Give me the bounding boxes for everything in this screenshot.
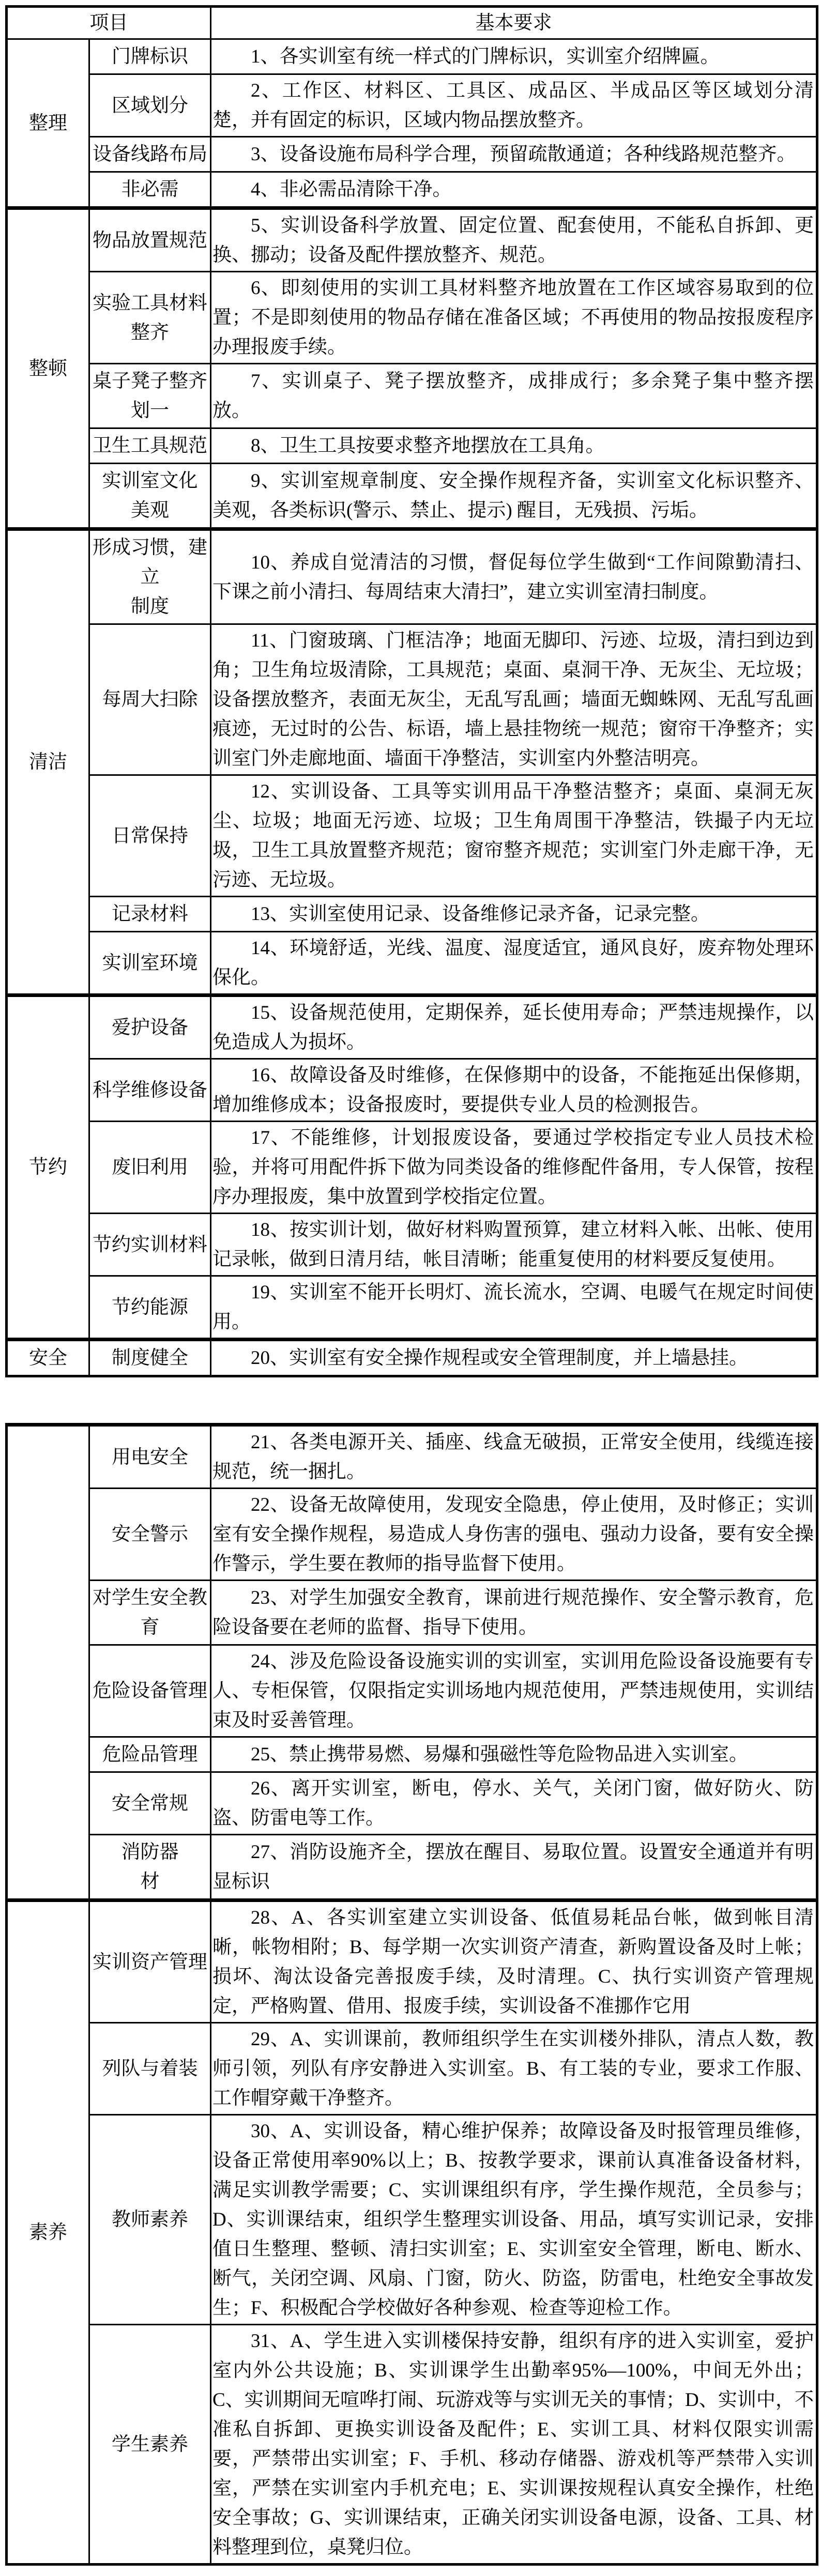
requirement-cell: 27、消防设施齐全，摆放在醒目、易取位置。设置安全通道并有明显标识 (211, 1835, 817, 1900)
requirement-cell: 25、禁止携带易燃、易爆和强磁性等危险物品进入实训室。 (211, 1737, 817, 1772)
table-row: 节约实训材料18、按实训计划，做好材料购置预算，建立材料入帐、出帐、使用记录帐，… (7, 1214, 817, 1276)
requirement-cell: 12、实训设备、工具等实训用品干净整洁整齐；桌面、桌洞无灰尘、垃圾；地面无污迹、… (211, 775, 817, 897)
table-row: 实训室环境14、环境舒适，光线、温度、湿度适宜，通风良好，废弃物处理环保化。 (7, 932, 817, 995)
table-row: 设备线路布局3、设备设施布局科学合理，预留疏散通道；各种线路规范整齐。 (7, 137, 817, 172)
sub-item-cell: 危险设备管理 (89, 1645, 211, 1737)
header-project: 项目 (7, 7, 211, 39)
table-row: 学生素养31、A、学生进入实训楼保持安静，组织有序的进入实训室，爱护室内外公共设… (7, 2325, 817, 2565)
sub-item-cell: 制度健全 (89, 1340, 211, 1376)
table-row: 区域划分2、工作区、材料区、工具区、成品区、半成品区等区域划分清楚，并有固定的标… (7, 74, 817, 137)
sub-item-cell: 区域划分 (89, 74, 211, 137)
requirement-cell: 4、非必需品清除干净。 (211, 172, 817, 208)
table-row: 废旧利用17、不能维修，计划报废设备，要通过学校指定专业人员技术检验，并将可用配… (7, 1122, 817, 1214)
sub-item-cell: 学生素养 (89, 2325, 211, 2565)
table-row: 卫生工具规范8、卫生工具按要求整齐地摆放在工具角。 (7, 428, 817, 464)
requirement-cell: 17、不能维修，计划报废设备，要通过学校指定专业人员技术检验，并将可用配件拆下做… (211, 1122, 817, 1214)
table-row: 危险设备管理24、涉及危险设备设施实训的实训室，实训用危险设备设施要有专人、专柜… (7, 1645, 817, 1737)
sub-item-cell: 日常保持 (89, 775, 211, 897)
requirements-table-1: 项目 基本要求 整理门牌标识1、各实训室有统一样式的门牌标识，实训室介绍牌匾。区… (5, 5, 818, 1377)
table-row: 科学维修设备16、故障设备及时维修，在保修期中的设备，不能拖延出保修期，增加维修… (7, 1059, 817, 1122)
requirement-cell: 14、环境舒适，光线、温度、湿度适宜，通风良好，废弃物处理环保化。 (211, 932, 817, 995)
sub-item-cell: 物品放置规范 (89, 208, 211, 272)
category-cell: 节约 (7, 995, 89, 1340)
table-row: 清洁形成习惯，建立 制度10、养成自觉清洁的习惯，督促每位学生做到“工作间隙勤清… (7, 529, 817, 624)
category-cell: 整理 (7, 39, 89, 208)
sub-item-cell: 实训室环境 (89, 932, 211, 995)
sub-item-cell: 非必需 (89, 172, 211, 208)
category-cell: 安全 (7, 1340, 89, 1376)
sub-item-cell: 实训室文化 美观 (89, 464, 211, 529)
requirement-cell: 20、实训室有安全操作规程或安全管理制度，并上墙悬挂。 (211, 1340, 817, 1376)
table-row: 实验工具材料 整齐6、即刻使用的实训工具材料整齐地放置在工作区域容易取到的位置；… (7, 272, 817, 364)
requirement-cell: 29、A、实训课前，教师组织学生在实训楼外排队，清点人数，教师引领，列队有序安静… (211, 2023, 817, 2115)
requirement-cell: 21、各类电源开关、插座、线盒无破损，正常安全使用，线缆连接规范，统一捆扎。 (211, 1425, 817, 1489)
requirement-cell: 31、A、学生进入实训楼保持安静，组织有序的进入实训室，爱护室内外公共设施；B、… (211, 2325, 817, 2565)
sub-item-cell: 节约实训材料 (89, 1214, 211, 1276)
sub-item-cell: 节约能源 (89, 1276, 211, 1340)
sub-item-cell: 每周大扫除 (89, 624, 211, 775)
category-cell (7, 1425, 89, 1900)
table-row: 素养实训资产管理28、A、各实训室建立实训设备、低值易耗品台帐，做到帐目清晰，帐… (7, 1900, 817, 2023)
sub-item-cell: 实训资产管理 (89, 1900, 211, 2023)
table-row: 记录材料13、实训室使用记录、设备维修记录齐备，记录完整。 (7, 897, 817, 932)
sub-item-cell: 形成习惯，建立 制度 (89, 529, 211, 624)
requirement-cell: 1、各实训室有统一样式的门牌标识，实训室介绍牌匾。 (211, 39, 817, 74)
category-cell: 整顿 (7, 208, 89, 529)
table-row: 用电安全21、各类电源开关、插座、线盒无破损，正常安全使用，线缆连接规范，统一捆… (7, 1425, 817, 1489)
requirement-cell: 16、故障设备及时维修，在保修期中的设备，不能拖延出保修期，增加维修成本；设备报… (211, 1059, 817, 1122)
sub-item-cell: 爱护设备 (89, 995, 211, 1059)
table-row: 非必需4、非必需品清除干净。 (7, 172, 817, 208)
table-row: 消防器 材27、消防设施齐全，摆放在醒目、易取位置。设置安全通道并有明显标识 (7, 1835, 817, 1900)
sub-item-cell: 教师素养 (89, 2115, 211, 2325)
sub-item-cell: 实验工具材料 整齐 (89, 272, 211, 364)
requirement-cell: 3、设备设施布局科学合理，预留疏散通道；各种线路规范整齐。 (211, 137, 817, 172)
table-row: 每周大扫除11、门窗玻璃、门框洁净；地面无脚印、污迹、垃圾，清扫到边到角；卫生角… (7, 624, 817, 775)
table-row: 桌子凳子整齐 划一7、实训桌子、凳子摆放整齐，成排成行；多余凳子集中整齐摆放。 (7, 364, 817, 428)
requirement-cell: 26、离开实训室，断电，停水、关气，关闭门窗，做好防火、防盗、防雷电等工作。 (211, 1772, 817, 1835)
table-row: 安全常规26、离开实训室，断电，停水、关气，关闭门窗，做好防火、防盗、防雷电等工… (7, 1772, 817, 1835)
document-page: 项目 基本要求 整理门牌标识1、各实训室有统一样式的门牌标识，实训室介绍牌匾。区… (0, 0, 821, 2576)
table-row: 列队与着装29、A、实训课前，教师组织学生在实训楼外排队，清点人数，教师引领，列… (7, 2023, 817, 2115)
sub-item-cell: 用电安全 (89, 1425, 211, 1489)
sub-item-cell: 设备线路布局 (89, 137, 211, 172)
requirement-cell: 2、工作区、材料区、工具区、成品区、半成品区等区域划分清楚，并有固定的标识，区域… (211, 74, 817, 137)
category-cell: 清洁 (7, 529, 89, 995)
requirements-table-2: 用电安全21、各类电源开关、插座、线盒无破损，正常安全使用，线缆连接规范，统一捆… (5, 1423, 818, 2566)
table-row: 整理门牌标识1、各实训室有统一样式的门牌标识，实训室介绍牌匾。 (7, 39, 817, 74)
requirement-cell: 15、设备规范使用，定期保养，延长使用寿命；严禁违规操作，以免造成人为损坏。 (211, 995, 817, 1059)
table-gap (5, 1377, 816, 1423)
header-requirements: 基本要求 (211, 7, 817, 39)
sub-item-cell: 门牌标识 (89, 39, 211, 74)
requirement-cell: 5、实训设备科学放置、固定位置、配套使用，不能私自拆卸、更换、挪动；设备及配件摆… (211, 208, 817, 272)
table-row: 节约爱护设备15、设备规范使用，定期保养，延长使用寿命；严禁违规操作，以免造成人… (7, 995, 817, 1059)
requirement-cell: 18、按实训计划，做好材料购置预算，建立材料入帐、出帐、使用记录帐，做到日清月结… (211, 1214, 817, 1276)
table-row: 实训室文化 美观9、实训室规章制度、安全操作规程齐备，实训室文化标识整齐、美观，… (7, 464, 817, 529)
requirement-cell: 6、即刻使用的实训工具材料整齐地放置在工作区域容易取到的位置；不是即刻使用的物品… (211, 272, 817, 364)
requirement-cell: 22、设备无故障使用，发现安全隐患，停止使用，及时修正；实训室有安全操作规程，易… (211, 1489, 817, 1581)
requirement-cell: 10、养成自觉清洁的习惯，督促每位学生做到“工作间隙勤清扫、下课之前小清扫、每周… (211, 529, 817, 624)
sub-item-cell: 安全警示 (89, 1489, 211, 1581)
requirement-cell: 7、实训桌子、凳子摆放整齐，成排成行；多余凳子集中整齐摆放。 (211, 364, 817, 428)
sub-item-cell: 消防器 材 (89, 1835, 211, 1900)
requirement-cell: 13、实训室使用记录、设备维修记录齐备，记录完整。 (211, 897, 817, 932)
requirement-cell: 11、门窗玻璃、门框洁净；地面无脚印、污迹、垃圾，清扫到边到角；卫生角垃圾清除，… (211, 624, 817, 775)
table-row: 危险品管理25、禁止携带易燃、易爆和强磁性等危险物品进入实训室。 (7, 1737, 817, 1772)
sub-item-cell: 列队与着装 (89, 2023, 211, 2115)
sub-item-cell: 安全常规 (89, 1772, 211, 1835)
requirement-cell: 19、实训室不能开长明灯、流长流水，空调、电暖气在规定时间使用。 (211, 1276, 817, 1340)
requirement-cell: 23、对学生加强安全教育，课前进行规范操作、安全警示教育，危险设备要在老师的监督… (211, 1581, 817, 1645)
table-row: 日常保持12、实训设备、工具等实训用品干净整洁整齐；桌面、桌洞无灰尘、垃圾；地面… (7, 775, 817, 897)
sub-item-cell: 桌子凳子整齐 划一 (89, 364, 211, 428)
sub-item-cell: 对学生安全教 育 (89, 1581, 211, 1645)
table-row: 安全警示22、设备无故障使用，发现安全隐患，停止使用，及时修正；实训室有安全操作… (7, 1489, 817, 1581)
table-row: 节约能源19、实训室不能开长明灯、流长流水，空调、电暖气在规定时间使用。 (7, 1276, 817, 1340)
requirement-cell: 30、A、实训设备，精心维护保养；故障设备及时报管理员维修，设备正常使用率90%… (211, 2115, 817, 2325)
requirement-cell: 9、实训室规章制度、安全操作规程齐备，实训室文化标识整齐、美观，各类标识(警示、… (211, 464, 817, 529)
sub-item-cell: 记录材料 (89, 897, 211, 932)
requirement-cell: 28、A、各实训室建立实训设备、低值易耗品台帐，做到帐目清晰，帐物相附；B、每学… (211, 1900, 817, 2023)
table-header-row: 项目 基本要求 (7, 7, 817, 39)
requirement-cell: 8、卫生工具按要求整齐地摆放在工具角。 (211, 428, 817, 464)
sub-item-cell: 科学维修设备 (89, 1059, 211, 1122)
table-row: 整顿物品放置规范5、实训设备科学放置、固定位置、配套使用，不能私自拆卸、更换、挪… (7, 208, 817, 272)
table-row: 对学生安全教 育23、对学生加强安全教育，课前进行规范操作、安全警示教育，危险设… (7, 1581, 817, 1645)
sub-item-cell: 废旧利用 (89, 1122, 211, 1214)
table-row: 教师素养30、A、实训设备，精心维护保养；故障设备及时报管理员维修，设备正常使用… (7, 2115, 817, 2325)
sub-item-cell: 卫生工具规范 (89, 428, 211, 464)
sub-item-cell: 危险品管理 (89, 1737, 211, 1772)
table-row: 安全制度健全20、实训室有安全操作规程或安全管理制度，并上墙悬挂。 (7, 1340, 817, 1376)
requirement-cell: 24、涉及危险设备设施实训的实训室，实训用危险设备设施要有专人、专柜保管，仅限指… (211, 1645, 817, 1737)
category-cell: 素养 (7, 1900, 89, 2565)
